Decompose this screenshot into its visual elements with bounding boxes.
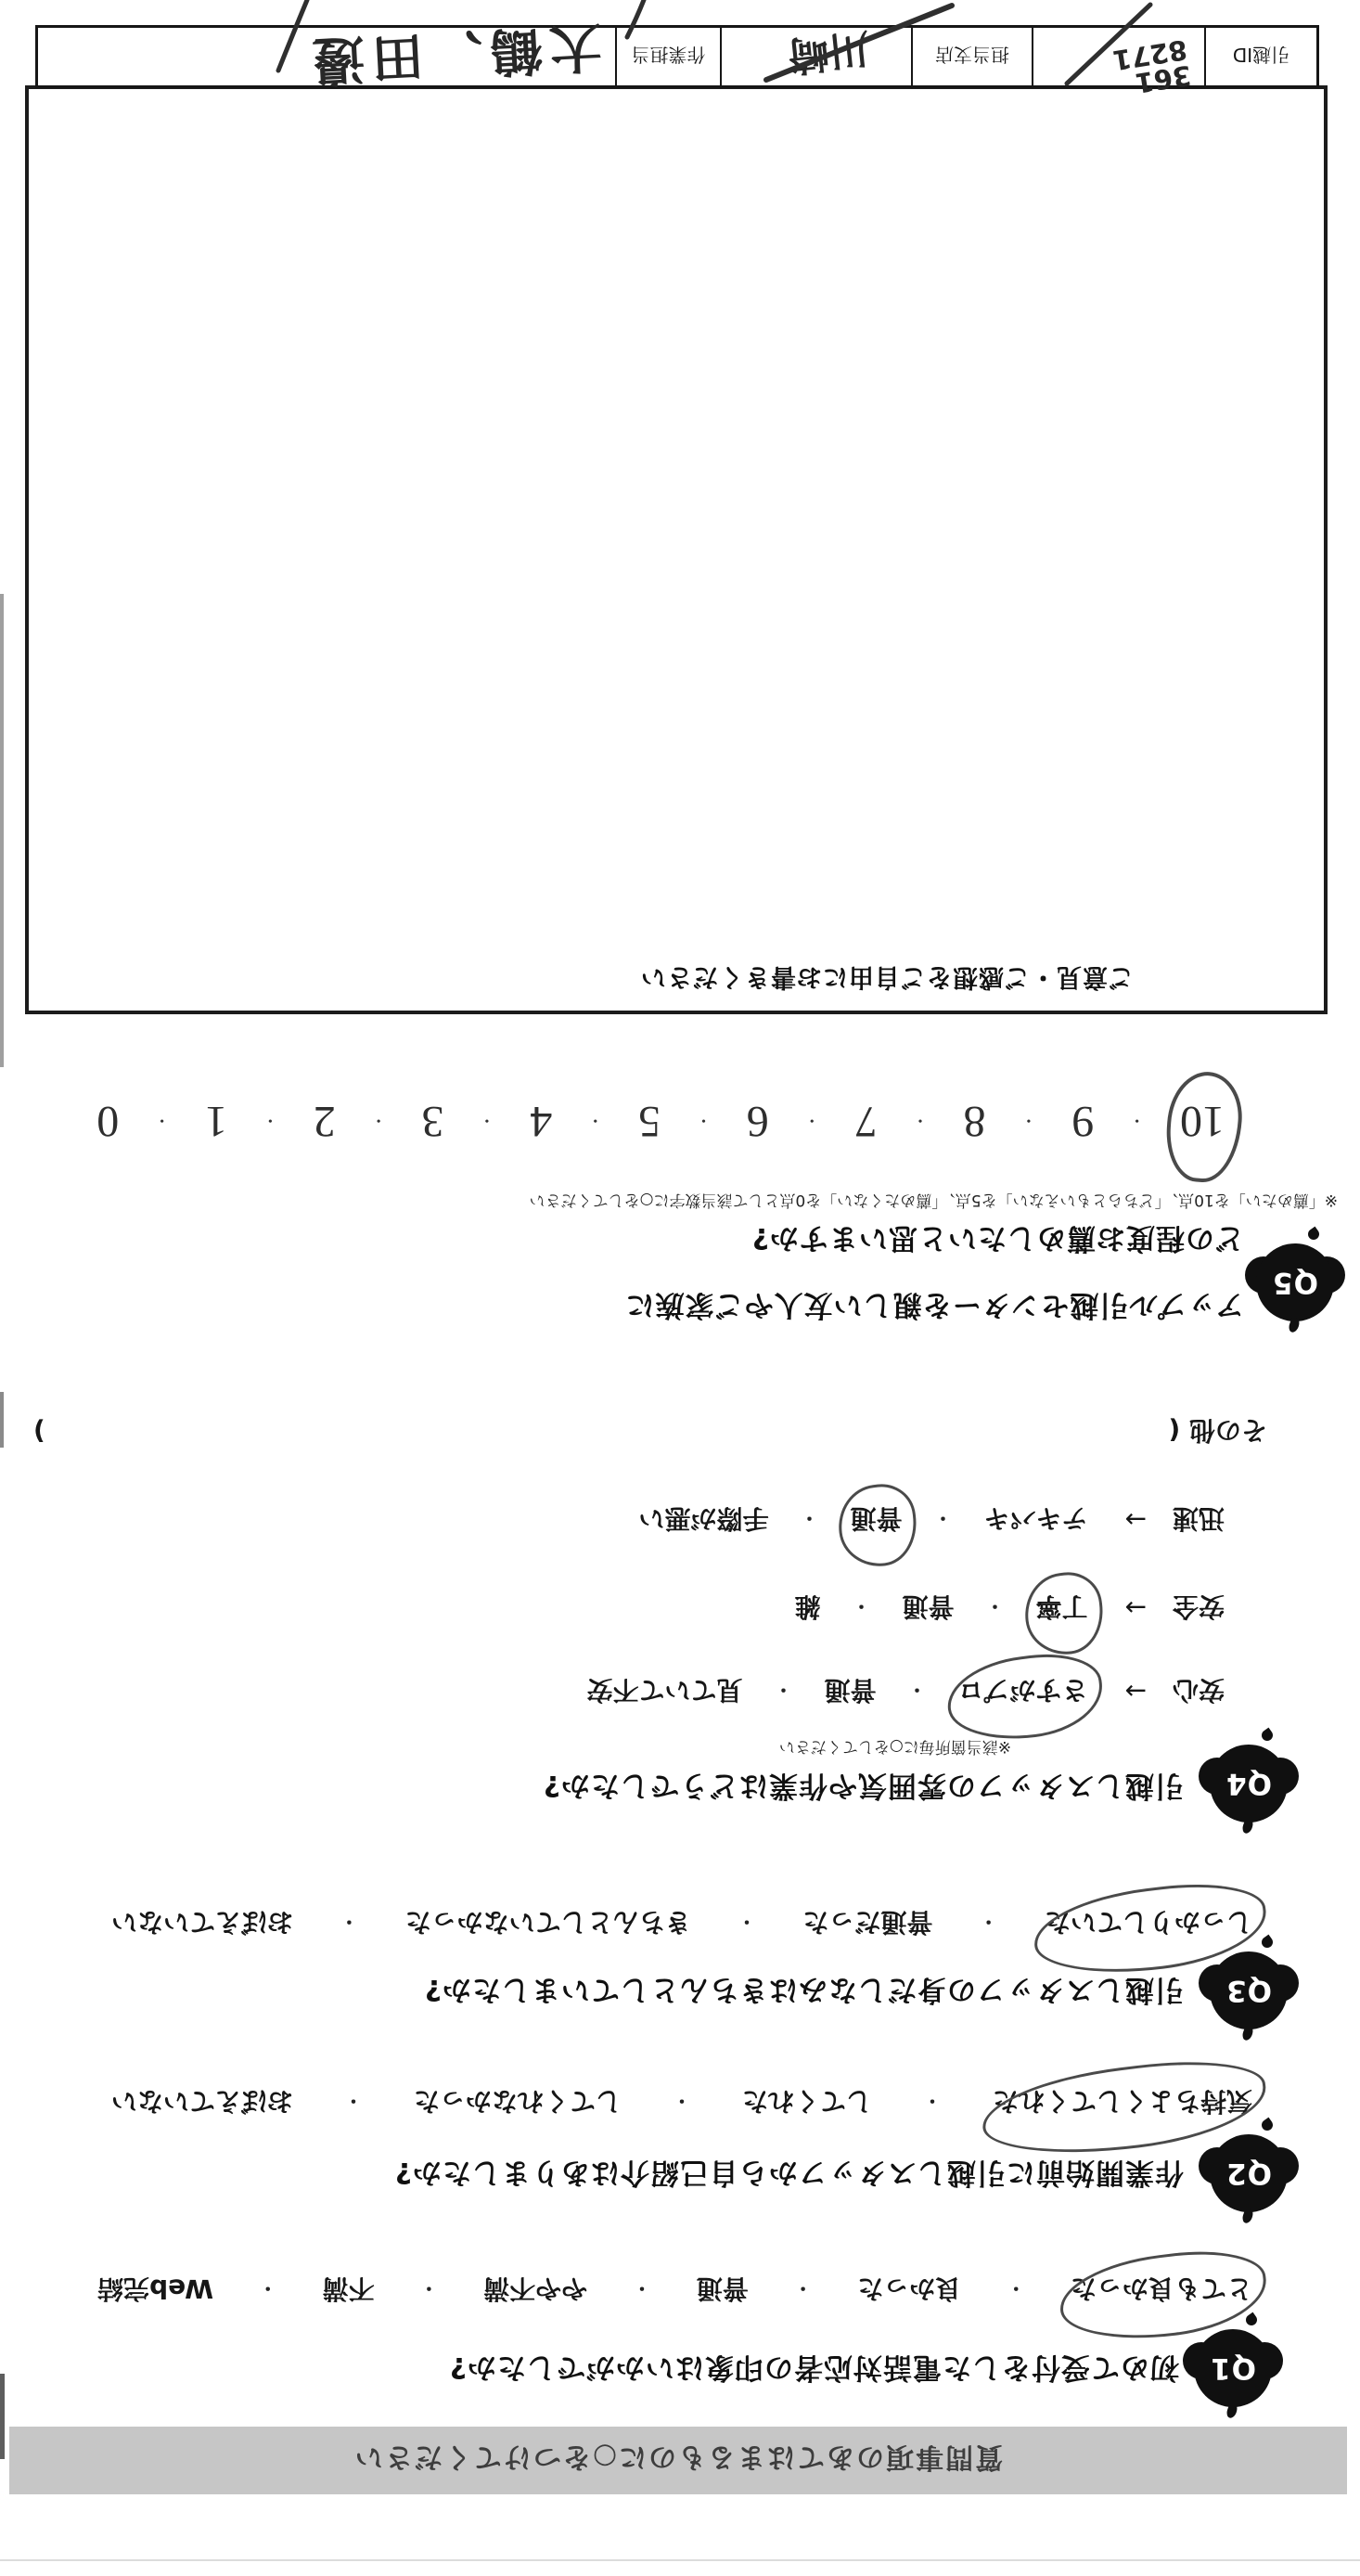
option-separator-dot: ・ <box>370 1110 387 1134</box>
q4-anshin-option: 見ていて不安 <box>586 1673 742 1710</box>
footer-id-table: 引越ID 361 8271 担当支店 川崎 作業担当 大鶴、田邊 <box>35 25 1319 88</box>
q4-row-anshin: 安心 → さすがプロ・普通・見ていて不安 <box>586 1673 1225 1710</box>
nps-score: 2 <box>314 1096 336 1147</box>
option-separator-dot: ・ <box>479 1110 495 1134</box>
q3-badge-label: Q3 <box>1225 1974 1272 2007</box>
q5-note: ※「薦めたい」を10点、「どちらともいえない」を5点、「薦めたくない」を0点とし… <box>530 1191 1338 1214</box>
q4-anzen-option: 普通 <box>902 1590 954 1627</box>
q4-jinsoku-option: テキパキ <box>984 1501 1088 1539</box>
comment-box: ご意見・ご感想をご自由にお書きください <box>25 85 1328 1014</box>
q3-option: きちんとしていなかった <box>405 1905 691 1942</box>
q5-badge: Q5 <box>1256 1243 1334 1321</box>
q1-option: やや不満 <box>483 2272 587 2309</box>
nps-score: 4 <box>530 1096 552 1147</box>
q1-option: 良かった <box>857 2272 961 2309</box>
q4-jinsoku-option: 手際が悪い <box>638 1501 768 1539</box>
nps-score: 8 <box>963 1096 985 1147</box>
q1-option: Web完結 <box>97 2272 213 2309</box>
option-separator-dot: ・ <box>154 1110 171 1134</box>
staff-handwritten: 大鶴、田邊 <box>303 13 604 103</box>
q4-title: 引越しスタッフの雰囲気や作業はどうでしたか? <box>543 1768 1184 1810</box>
option-separator-dot: ・ <box>803 1110 820 1134</box>
q2-badge: Q2 <box>1210 2134 1288 2212</box>
nps-score: 6 <box>747 1096 769 1147</box>
scan-edge-mark <box>0 1392 4 1448</box>
q2-option: してくれた <box>742 2084 872 2121</box>
option-separator-dot: ・ <box>852 1595 870 1622</box>
branch-label: 担当支店 <box>911 28 1032 85</box>
q1-option: 普通 <box>697 2272 749 2309</box>
q1-badge-label: Q1 <box>1210 2351 1256 2385</box>
move-id-handwritten: 361 8271 <box>1110 36 1192 98</box>
q2-options: 気持ちよくしてくれた・してくれた・してくれなかった・おぼえていない <box>111 2084 1252 2121</box>
option-separator-dot: ・ <box>800 1507 818 1534</box>
q3-options: しっかりしていた・普通だった・きちんとしていなかった・おぼえていない <box>111 1905 1252 1942</box>
q2-title: 作業開始前に引越しスタッフから自己紹介はありましたか? <box>394 2155 1184 2196</box>
q4-badge-label: Q4 <box>1225 1767 1272 1800</box>
q4-jinsoku-option-circled: 普通 <box>850 1501 902 1539</box>
q4-note: ※該当箇所毎に○をしてください <box>779 1737 1011 1760</box>
move-id-value-cell: 361 8271 <box>1032 28 1204 85</box>
option-separator-dot: ・ <box>980 1911 998 1938</box>
option-separator-dot: ・ <box>344 2090 363 2117</box>
q4-row-options: テキパキ・普通・手際が悪い <box>638 1501 1087 1539</box>
q4-row-jinsoku: 迅速 → テキパキ・普通・手際が悪い <box>638 1501 1225 1539</box>
scan-edge-mark <box>0 2374 5 2459</box>
option-separator-dot: ・ <box>259 2277 277 2304</box>
q3-option: 普通だった <box>802 1905 932 1942</box>
option-separator-dot: ・ <box>1020 1110 1037 1134</box>
q5-title-line2: どの程度お薦めしたいと思いますか? <box>751 1220 1244 1262</box>
q3-title: 引越しスタッフの身だしなみはきちんとしていましたか? <box>424 1972 1184 2014</box>
q4-other-row: その他 ( ) <box>33 1413 1267 1450</box>
q3-badge: Q3 <box>1210 1951 1288 2029</box>
q4-row-label: 迅速 <box>1173 1501 1225 1539</box>
scan-edge-line <box>0 2559 1360 2561</box>
q5-title-line1: アップル引越センターを親しい友人やご家族に <box>625 1287 1244 1329</box>
q5-badge-label: Q5 <box>1272 1266 1318 1299</box>
nps-score: 9 <box>1071 1096 1094 1147</box>
option-separator-dot: ・ <box>912 1110 929 1134</box>
option-separator-dot: ・ <box>908 1679 927 1706</box>
q4-anshin-option: 普通 <box>824 1673 876 1710</box>
q4-anzen-option: 雑 <box>794 1590 820 1627</box>
q4-row-anzen: 安全 → 丁寧・普通・雑 <box>794 1590 1225 1627</box>
option-separator-dot: ・ <box>633 2277 651 2304</box>
scanned-questionnaire-page: 質問事項のあてはまるものに○をつけてください Q1 初めて受付をした電話対応者の… <box>0 0 1360 2576</box>
comment-box-title: ご意見・ご感想をご自由にお書きください <box>640 961 1134 998</box>
arrow-icon: → <box>1125 1505 1147 1536</box>
scan-edge-mark <box>0 594 4 1067</box>
nps-score: 3 <box>422 1096 444 1147</box>
q2-option: おぼえていない <box>111 2084 293 2121</box>
instruction-bar: 質問事項のあてはまるものに○をつけてください <box>9 2427 1347 2494</box>
nps-score: 0 <box>96 1096 119 1147</box>
move-id-label: 引越ID <box>1204 28 1316 85</box>
option-separator-dot: ・ <box>794 2277 813 2304</box>
option-separator-dot: ・ <box>695 1110 712 1134</box>
q4-row-label: 安全 <box>1173 1590 1225 1627</box>
q3-option: おぼえていない <box>111 1905 293 1942</box>
q1-option-circled: とても良かった <box>1071 2272 1252 2309</box>
q4-anshin-option-circled: さすがプロ <box>958 1673 1088 1710</box>
branch-handwritten: 川崎 <box>786 22 873 90</box>
q4-other-open: その他 ( <box>1168 1413 1267 1450</box>
option-separator-dot: ・ <box>934 1507 953 1534</box>
q4-anzen-option-circled: 丁寧 <box>1036 1590 1088 1627</box>
q4-badge: Q4 <box>1210 1745 1288 1823</box>
q1-badge: Q1 <box>1194 2329 1272 2407</box>
arrow-icon: → <box>1125 1593 1147 1624</box>
nps-score: 7 <box>855 1096 878 1147</box>
q1-option: 不満 <box>323 2272 375 2309</box>
nps-score: 1 <box>205 1096 227 1147</box>
option-separator-dot: ・ <box>1007 2277 1025 2304</box>
q4-other-close: ) <box>33 1417 45 1448</box>
questionnaire-sheet-rotated-180: 質問事項のあてはまるものに○をつけてください Q1 初めて受付をした電話対応者の… <box>0 0 1360 2576</box>
q1-options: とても良かった・良かった・普通・やや不満・不満・Web完結 <box>97 2272 1252 2309</box>
q2-option: してくれなかった <box>414 2084 622 2121</box>
staff-label: 作業担当 <box>615 28 720 85</box>
branch-value-cell: 川崎 <box>720 28 911 85</box>
option-separator-dot: ・ <box>1129 1110 1146 1134</box>
q5-nps-scale: 10・9・8・7・6・5・4・3・2・1・0 <box>96 1096 1225 1147</box>
q1-title: 初めて受付をした電話対応者の印象はいかがでしたか? <box>449 2350 1179 2391</box>
staff-value-cell: 大鶴、田邊 <box>38 28 615 85</box>
nps-score: 5 <box>638 1096 661 1147</box>
q2-option-circled: 気持ちよくしてくれた <box>993 2084 1252 2121</box>
q4-row-label: 安心 <box>1173 1673 1225 1710</box>
q2-badge-label: Q2 <box>1225 2157 1272 2190</box>
option-separator-dot: ・ <box>419 2277 438 2304</box>
option-separator-dot: ・ <box>986 1595 1005 1622</box>
option-separator-dot: ・ <box>262 1110 278 1134</box>
q4-row-options: 丁寧・普通・雑 <box>794 1590 1087 1627</box>
option-separator-dot: ・ <box>587 1110 604 1134</box>
q3-option-circled: しっかりしていた <box>1045 1905 1252 1942</box>
option-separator-dot: ・ <box>340 1911 358 1938</box>
q4-row-options: さすがプロ・普通・見ていて不安 <box>586 1673 1087 1710</box>
option-separator-dot: ・ <box>738 1911 756 1938</box>
option-separator-dot: ・ <box>774 1679 792 1706</box>
arrow-icon: → <box>1125 1677 1147 1707</box>
option-separator-dot: ・ <box>923 2090 942 2117</box>
nps-score-circled: 10 <box>1180 1096 1225 1147</box>
option-separator-dot: ・ <box>673 2090 691 2117</box>
